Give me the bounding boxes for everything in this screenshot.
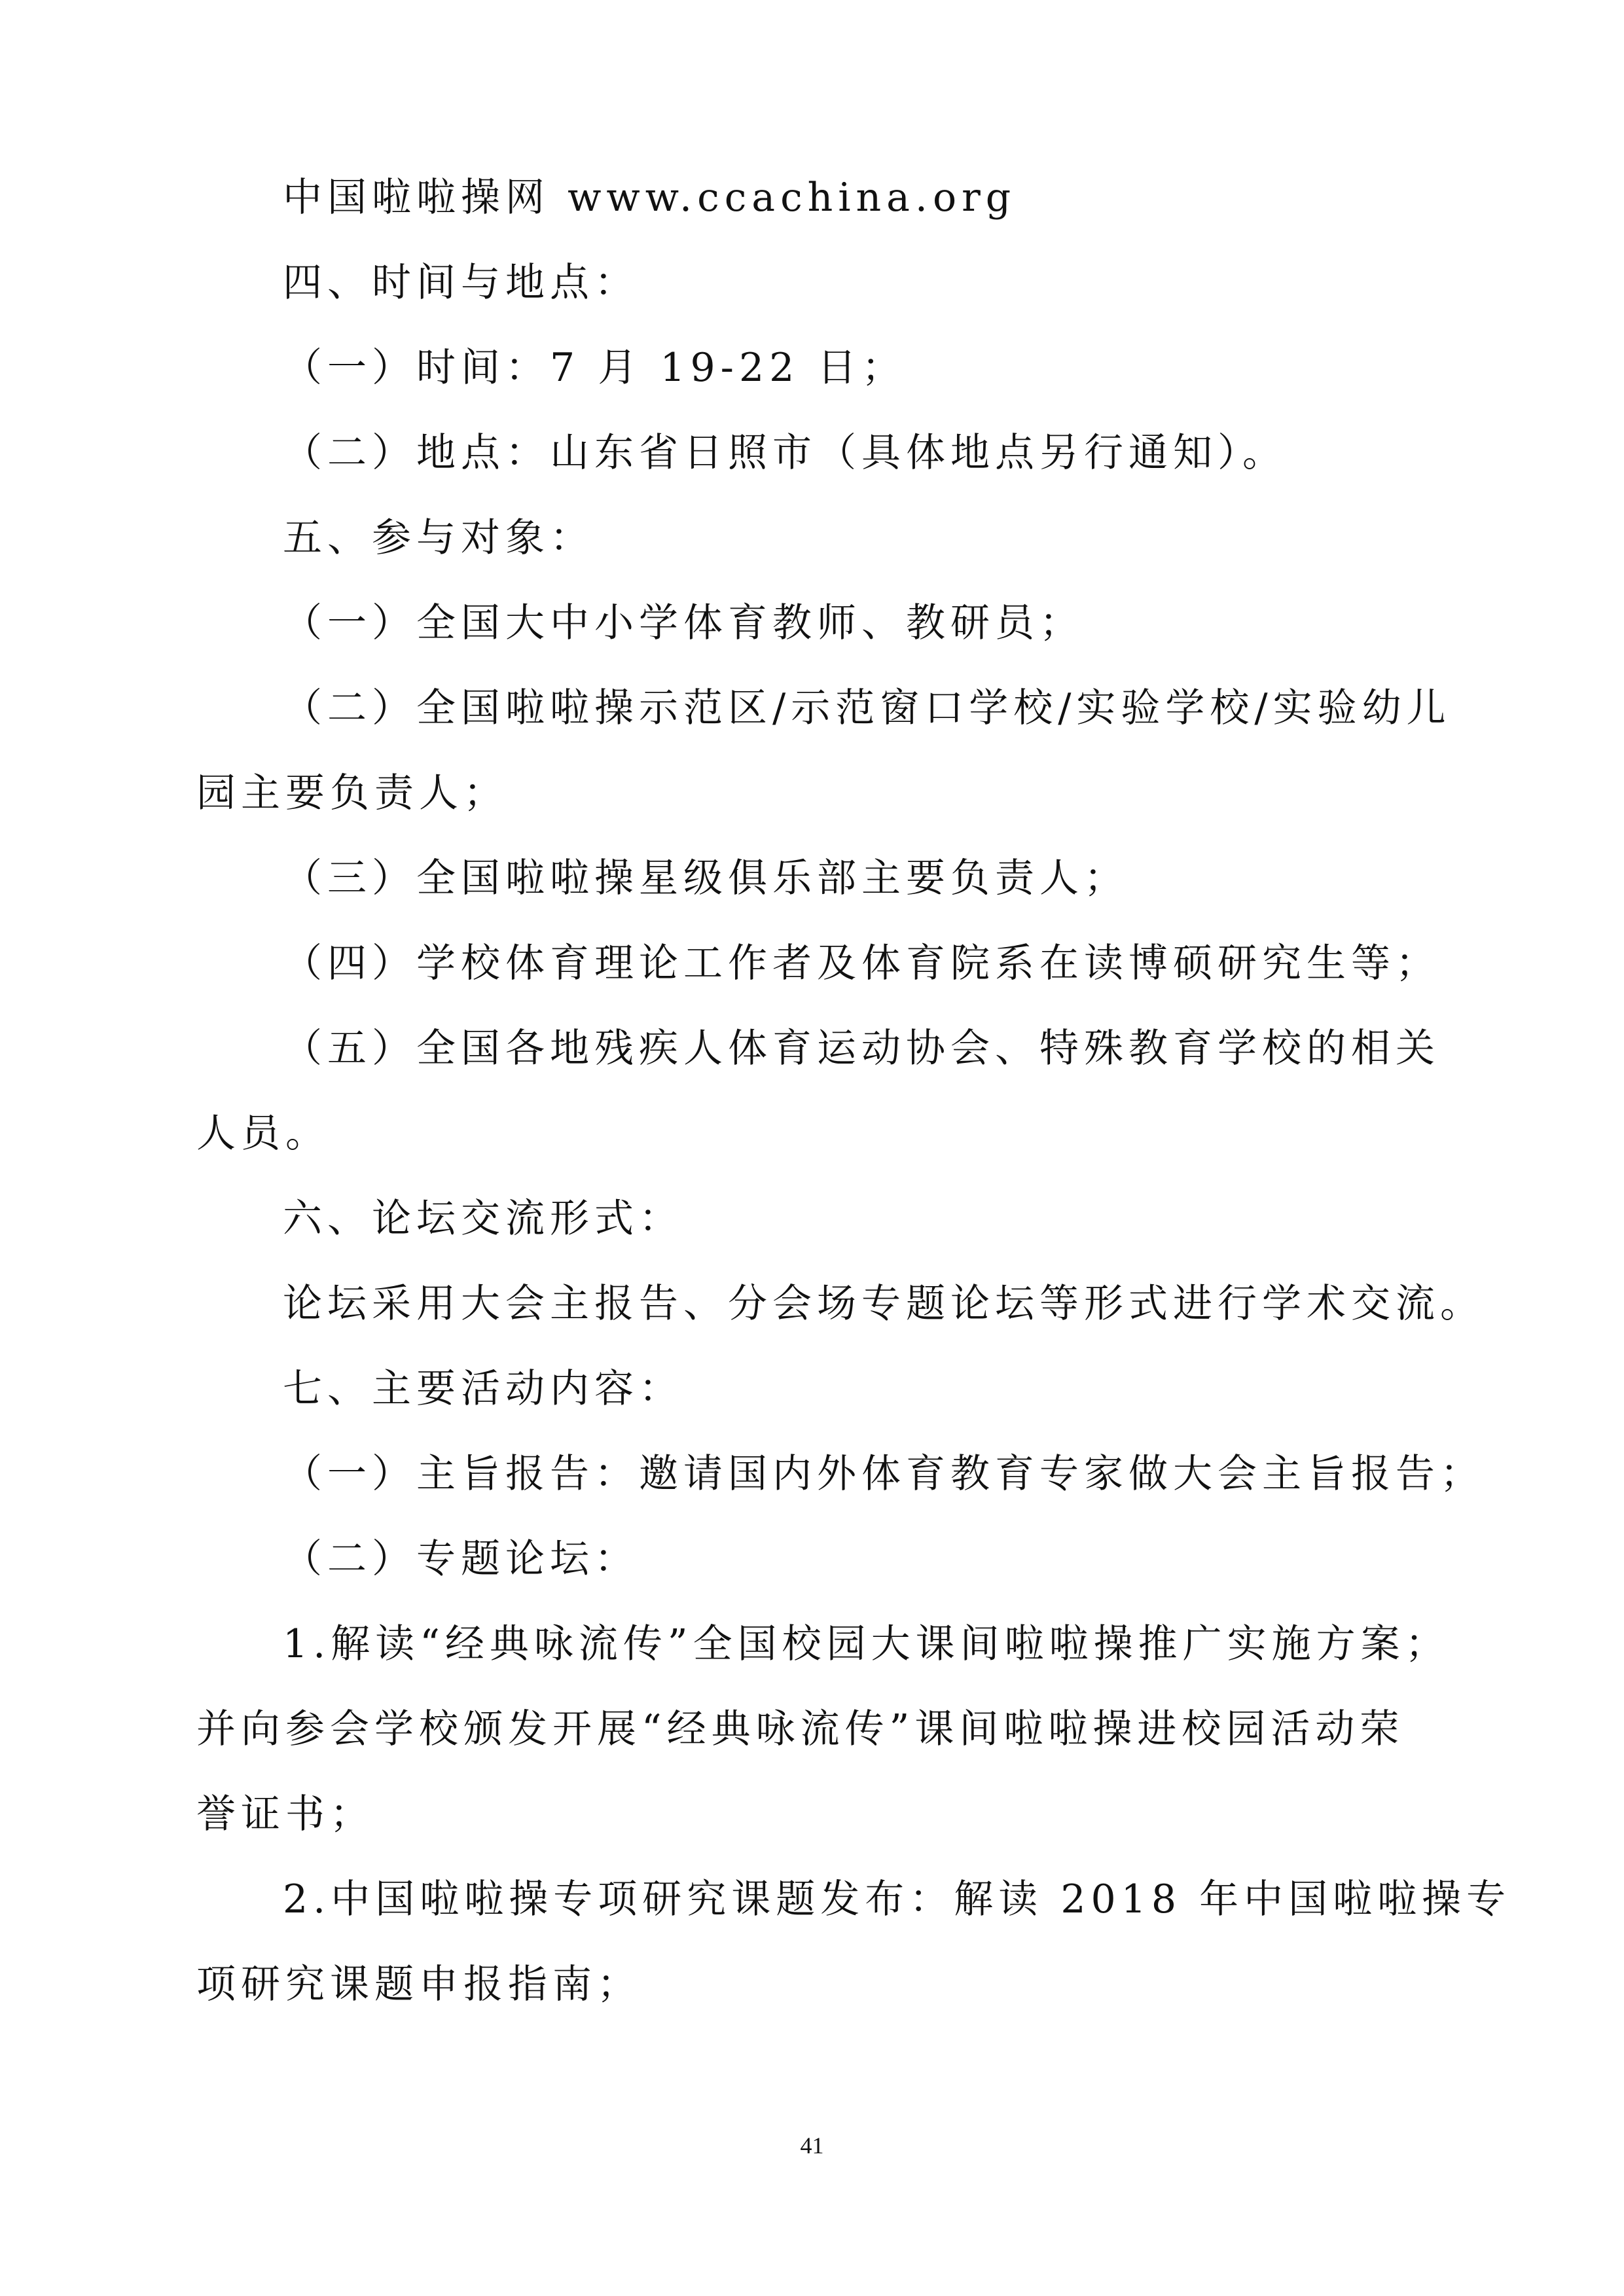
- text-line-participant-5-cont: 人员。: [196, 1107, 330, 1160]
- heading-participants: 五、参与对象：: [283, 512, 594, 564]
- text-line-website: 中国啦啦操网 www.ccachina.org: [283, 171, 1016, 224]
- text-line-participant-3: （三）全国啦啦操星级俱乐部主要负责人；: [283, 852, 1128, 905]
- document-page: 中国啦啦操网 www.ccachina.org 四、时间与地点： （一）时间：7…: [0, 0, 1624, 2296]
- text-line-participant-2-cont: 园主要负责人；: [196, 767, 508, 819]
- text-line-item-1-cont-2: 誉证书；: [196, 1788, 374, 1840]
- text-line-item-1-cont: 并向参会学校颁发开展“经典咏流传”课间啦啦操进校园活动荣: [196, 1703, 1404, 1755]
- heading-time-location: 四、时间与地点：: [283, 257, 639, 309]
- text-line-forum-format: 论坛采用大会主报告、分会场专题论坛等形式进行学术交流。: [283, 1278, 1485, 1330]
- text-line-keynote: （一）主旨报告：邀请国内外体育教育专家做大会主旨报告；: [283, 1448, 1485, 1500]
- text-line-participant-1: （一）全国大中小学体育教师、教研员；: [283, 597, 1084, 649]
- text-line-special-forum: （二）专题论坛：: [283, 1533, 639, 1585]
- page-number: 41: [0, 2132, 1624, 2159]
- heading-forum-format: 六、论坛交流形式：: [283, 1193, 683, 1245]
- text-line-item-2: 2.中国啦啦操专项研究课题发布：解读 2018 年中国啦啦操专: [283, 1873, 1511, 1926]
- text-line-participant-2: （二）全国啦啦操示范区/示范窗口学校/实验学校/实验幼儿: [283, 682, 1451, 734]
- text-line-item-1: 1.解读“经典咏流传”全国校园大课间啦啦操推广实施方案；: [283, 1618, 1450, 1670]
- heading-main-activities: 七、主要活动内容：: [283, 1363, 683, 1415]
- text-line-item-2-cont: 项研究课题申报指南；: [196, 1958, 641, 2011]
- text-line-participant-4: （四）学校体育理论工作者及体育院系在读博硕研究生等；: [283, 937, 1440, 990]
- text-line-time: （一）时间：7 月 19-22 日；: [283, 342, 906, 394]
- text-line-participant-5: （五）全国各地残疾人体育运动协会、特殊教育学校的相关: [283, 1022, 1440, 1075]
- text-line-location: （二）地点：山东省日照市（具体地点另行通知）。: [283, 427, 1287, 479]
